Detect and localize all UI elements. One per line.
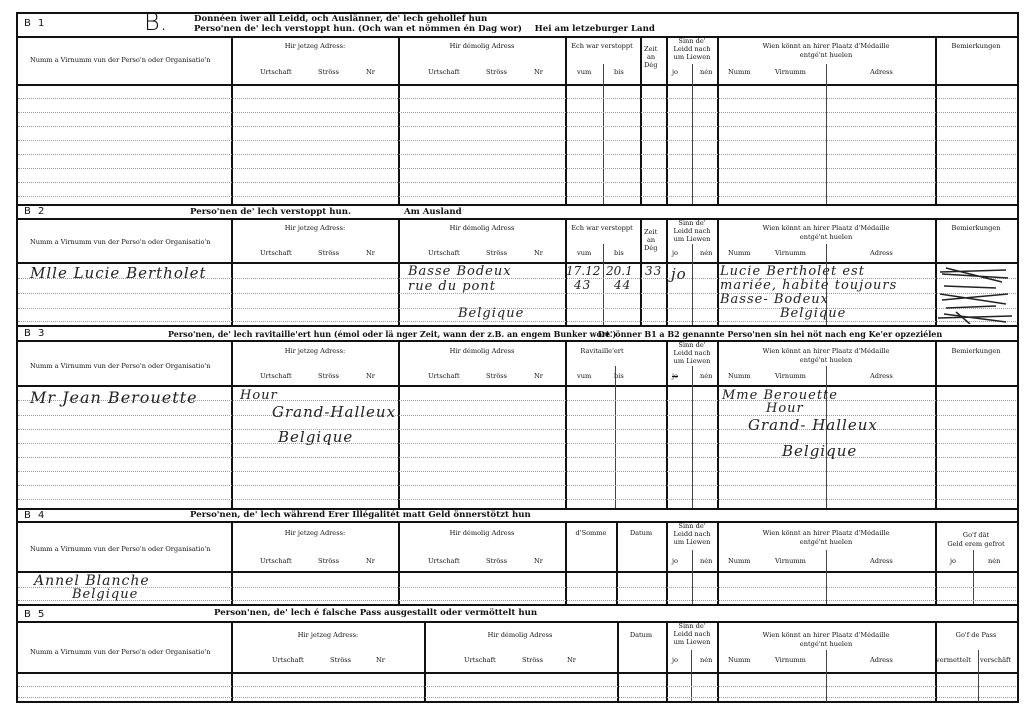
section-header-divider bbox=[16, 340, 1019, 342]
col-header-urtschaft: Urtschaft bbox=[260, 557, 292, 566]
form-bottom-border bbox=[16, 701, 1019, 703]
col-header-medal: Wien könnt an hirer Plaatz d'Médaille bbox=[763, 224, 890, 233]
col-header-current-address: Hir jetzeg Adress: bbox=[298, 631, 358, 640]
col-divider-thin bbox=[978, 650, 979, 702]
col-divider-thin bbox=[691, 650, 692, 702]
col-header-zeit: Dég bbox=[644, 244, 657, 253]
col-header-current-address: Hir jetzeg Adress: bbox=[285, 224, 345, 233]
col-divider bbox=[398, 340, 400, 508]
col-header-urtschaft: Urtschaft bbox=[428, 372, 460, 381]
col-divider bbox=[565, 521, 567, 604]
entry-hidden-to: 44 bbox=[614, 278, 631, 292]
col-header-stross: Ströss bbox=[522, 656, 543, 665]
col-header-alive: um Liewen bbox=[674, 235, 711, 244]
col-header-former-address: Hir démolig Adress bbox=[488, 631, 553, 640]
entry-medal-recipient: Belgique bbox=[782, 442, 857, 460]
col-header-ravitailleert: Ravitaille'ert bbox=[580, 347, 623, 356]
col-header-medal: entgé'nt huelen bbox=[800, 640, 852, 649]
col-header-somme: d'Somme bbox=[576, 529, 607, 538]
col-header-urtschaft: Urtschaft bbox=[428, 557, 460, 566]
entry-former-address: rue du pont bbox=[408, 279, 496, 294]
header-bottom-divider bbox=[16, 672, 1019, 674]
section-divider bbox=[16, 325, 1019, 327]
col-header-current-address: Hir jetzeg Adress: bbox=[285, 347, 345, 356]
col-header-virnumm: Virnumm bbox=[775, 656, 806, 665]
col-divider bbox=[616, 521, 618, 604]
col-header-name: Numm a Virnumm vun der Perso'n oder Orga… bbox=[30, 238, 211, 247]
col-header-urtschaft: Urtschaft bbox=[428, 249, 460, 258]
col-divider bbox=[935, 340, 937, 508]
col-divider bbox=[666, 36, 668, 204]
col-divider bbox=[231, 621, 233, 702]
col-header-nr: Nr bbox=[366, 557, 375, 566]
col-header-adress: Adress bbox=[870, 656, 893, 665]
col-header-datum: Datum bbox=[630, 631, 652, 640]
entry-hidden-from: 17.12 bbox=[566, 264, 600, 278]
section-title: Donnéen iwer all Leidd, och Auslänner, d… bbox=[194, 14, 487, 24]
col-divider bbox=[717, 36, 719, 204]
section-header-divider bbox=[16, 621, 1019, 623]
col-header-vum: vum bbox=[577, 68, 591, 77]
col-header-gof-pass: Go'f de Pass bbox=[956, 631, 997, 640]
col-header-stross: Ströss bbox=[486, 372, 507, 381]
col-header-stross: Ströss bbox=[318, 372, 339, 381]
col-header-remarks: Bemierkungen bbox=[951, 42, 1000, 51]
section-header-divider bbox=[16, 521, 1019, 523]
ruled-line bbox=[18, 293, 1016, 294]
section-divider bbox=[16, 204, 1019, 206]
ruled-line bbox=[18, 485, 1016, 486]
section-id: B 2 bbox=[24, 206, 46, 217]
col-divider bbox=[717, 521, 719, 604]
col-header-hidden: Ech war verstoppt bbox=[571, 42, 633, 51]
col-divider bbox=[231, 36, 233, 204]
col-divider bbox=[398, 521, 400, 604]
col-header-medal: Wien könnt an hirer Plaatz d'Médaille bbox=[763, 631, 890, 640]
entry-alive-yes: jo bbox=[671, 265, 687, 283]
ruled-line bbox=[18, 457, 1016, 458]
col-header-nen: nén bbox=[700, 372, 712, 381]
entry-hidden-from: 43 bbox=[574, 278, 591, 292]
col-divider bbox=[935, 521, 937, 604]
col-divider-thin bbox=[826, 650, 827, 702]
col-header-alive: um Liewen bbox=[674, 538, 711, 547]
col-header-bis: bis bbox=[614, 68, 624, 77]
col-divider bbox=[666, 621, 668, 702]
col-header-medal: entgé'nt huelen bbox=[800, 233, 852, 242]
ruled-line bbox=[18, 112, 1016, 113]
col-header-nen: nén bbox=[700, 249, 712, 258]
ruled-line bbox=[18, 321, 1016, 322]
col-header-medal: Wien könnt an hirer Plaatz d'Médaille bbox=[763, 347, 890, 356]
ruled-line bbox=[18, 98, 1016, 99]
entry-medal-recipient: Basse- Bodeux bbox=[720, 292, 829, 307]
section-title: Perso'nen, de' lech ravitaille'ert hun (… bbox=[168, 329, 616, 339]
ruled-line bbox=[18, 600, 1016, 601]
col-header-virnumm: Virnumm bbox=[775, 372, 806, 381]
col-header-former-address: Hir démolig Adress bbox=[450, 42, 515, 51]
col-header-former-address: Hir démolig Adress bbox=[450, 224, 515, 233]
col-header-nr: Nr bbox=[534, 249, 543, 258]
col-header-stross: Ströss bbox=[486, 249, 507, 258]
col-header-name: Numm a Virnumm vun der Perso'n oder Orga… bbox=[30, 56, 211, 65]
col-divider bbox=[398, 36, 400, 204]
ruled-line bbox=[18, 499, 1016, 500]
header-bottom-divider bbox=[16, 385, 1019, 387]
col-divider bbox=[935, 621, 937, 702]
col-header-bis: bis bbox=[614, 249, 624, 258]
entry-name: Mlle Lucie Bertholet bbox=[30, 264, 207, 282]
col-divider bbox=[935, 36, 937, 204]
section-header-divider bbox=[16, 36, 1019, 38]
entry-former-address: Basse Bodeux bbox=[408, 264, 512, 279]
col-divider bbox=[617, 621, 619, 702]
ruled-line bbox=[18, 196, 1016, 197]
col-header-numm: Numm bbox=[728, 656, 751, 665]
col-divider-thin bbox=[692, 244, 693, 325]
col-header-vum: vum bbox=[577, 372, 591, 381]
col-header-medal: entgé'nt huelen bbox=[800, 356, 852, 365]
entry-current-address: Hour bbox=[240, 388, 278, 403]
header-bottom-divider bbox=[16, 84, 1019, 86]
col-header-stross: Ströss bbox=[318, 557, 339, 566]
col-header-nen: nén bbox=[700, 656, 712, 665]
col-header-zeit: Dég bbox=[644, 61, 657, 70]
col-header-former-address: Hir démolig Adress bbox=[450, 529, 515, 538]
col-header-stross: Ströss bbox=[318, 68, 339, 77]
ruled-line bbox=[18, 686, 1016, 687]
ruled-line bbox=[18, 471, 1016, 472]
entry-current-address: Belgique bbox=[278, 428, 353, 446]
col-header-jo: jo bbox=[672, 372, 678, 381]
col-header-urtschaft: Urtschaft bbox=[260, 249, 292, 258]
col-header-vermettelt: vermettelt bbox=[936, 656, 971, 665]
col-divider-thin bbox=[692, 550, 693, 604]
entry-medal-recipient: Lucie Bertholet est bbox=[720, 264, 865, 279]
col-header-adress: Adress bbox=[870, 372, 893, 381]
col-divider bbox=[717, 621, 719, 702]
form-right-border bbox=[1017, 12, 1019, 702]
ruled-line bbox=[18, 182, 1016, 183]
section-title: Person'nen, de' lech é falsche Pass ausg… bbox=[214, 608, 537, 618]
col-header-nr: Nr bbox=[567, 656, 576, 665]
col-header-alive: um Liewen bbox=[674, 357, 711, 366]
col-header-urtschaft: Urtschaft bbox=[260, 68, 292, 77]
entry-name: Mr Jean Berouette bbox=[30, 388, 198, 407]
col-header-adress: Adress bbox=[870, 68, 893, 77]
col-header-alive: um Liewen bbox=[674, 638, 711, 647]
ruled-line bbox=[18, 443, 1016, 444]
col-header-gof-geld: Geld erem gefrot bbox=[947, 540, 1004, 549]
col-divider bbox=[231, 521, 233, 604]
ruled-line bbox=[18, 587, 1016, 588]
col-header-nr: Nr bbox=[366, 249, 375, 258]
col-header-jo: jo bbox=[672, 68, 678, 77]
col-header-gof-geld: Go'f dät bbox=[963, 531, 989, 540]
col-header-verschaft: verschäft bbox=[980, 656, 1011, 665]
col-header-stross: Ströss bbox=[330, 656, 351, 665]
col-header-nr: Nr bbox=[534, 372, 543, 381]
col-divider-thin bbox=[615, 366, 616, 508]
col-header-virnumm: Virnumm bbox=[775, 249, 806, 258]
col-header-nen: nén bbox=[700, 557, 712, 566]
entry-hidden-to: 20.1 bbox=[606, 264, 633, 278]
col-header-adress: Adress bbox=[870, 557, 893, 566]
col-header-adress: Adress bbox=[870, 249, 893, 258]
col-header-vum: vum bbox=[577, 249, 591, 258]
col-header-stross: Ströss bbox=[486, 557, 507, 566]
section-id: B 5 bbox=[24, 609, 46, 620]
col-header-current-address: Hir jetzeg Adress: bbox=[285, 529, 345, 538]
section-id: B 3 bbox=[24, 328, 46, 339]
col-divider bbox=[666, 521, 668, 604]
col-divider bbox=[565, 36, 567, 204]
col-header-medal: Wien könnt an hirer Plaatz d'Médaille bbox=[763, 42, 890, 51]
entry-medal-recipient: Grand- Halleux bbox=[748, 416, 878, 434]
entry-medal-recipient: Belgique bbox=[780, 306, 846, 321]
col-header-hidden: Ech war verstoppt bbox=[571, 224, 633, 233]
col-header-current-address: Hir jetzeg Adress: bbox=[285, 42, 345, 51]
col-header-nr: Nr bbox=[534, 557, 543, 566]
header-bottom-divider bbox=[16, 571, 1019, 573]
col-header-numm: Numm bbox=[728, 557, 751, 566]
col-divider bbox=[424, 621, 426, 702]
section-divider bbox=[16, 604, 1019, 606]
section-id: B 4 bbox=[24, 510, 46, 521]
col-header-medal: entgé'nt huelen bbox=[800, 51, 852, 60]
section-title: Perso'nen, de' lech während Erer Illégal… bbox=[190, 510, 531, 520]
col-header-numm: Numm bbox=[728, 68, 751, 77]
section-title-suffix: De' önner B1 a B2 genannte Perso'nen sin… bbox=[598, 329, 942, 339]
col-header-stross: Ströss bbox=[318, 249, 339, 258]
col-header-nr: Nr bbox=[366, 372, 375, 381]
col-header-jo: jo bbox=[672, 656, 678, 665]
col-header-medal: entgé'nt huelen bbox=[800, 538, 852, 547]
section-subtitle-text: Perso'nen de' lech verstoppt hun. (Och w… bbox=[194, 24, 522, 34]
section-id: B 1 bbox=[24, 18, 46, 29]
col-header-urtschaft: Urtschaft bbox=[464, 656, 496, 665]
col-header-name: Numm a Virnumm vun der Perso'n oder Orga… bbox=[30, 648, 211, 657]
col-header-name: Numm a Virnumm vun der Perso'n oder Orga… bbox=[30, 362, 211, 371]
section-subtitle: Perso'nen de' lech verstoppt hun. (Och w… bbox=[194, 24, 655, 34]
col-header-stross: Ströss bbox=[486, 68, 507, 77]
col-header-jo: jo bbox=[950, 557, 956, 566]
col-header-remarks: Bemierkungen bbox=[951, 224, 1000, 233]
ruled-line bbox=[18, 140, 1016, 141]
section-header-divider bbox=[16, 218, 1019, 220]
col-header-nr: Nr bbox=[376, 656, 385, 665]
entry-current-address: Grand-Halleux bbox=[272, 403, 396, 421]
entry-name: Belgique bbox=[72, 587, 138, 602]
ruled-line bbox=[18, 154, 1016, 155]
col-header-numm: Numm bbox=[728, 249, 751, 258]
form-letter: B. bbox=[144, 8, 167, 36]
col-divider-thin bbox=[973, 550, 974, 604]
col-header-former-address: Hir démolig Adress bbox=[450, 347, 515, 356]
col-divider-thin bbox=[826, 64, 827, 204]
entry-medal-recipient: mariée, habite toujours bbox=[720, 278, 897, 293]
col-header-urtschaft: Urtschaft bbox=[428, 68, 460, 77]
col-header-remarks: Bemierkungen bbox=[951, 347, 1000, 356]
col-header-nr: Nr bbox=[534, 68, 543, 77]
entry-former-address: Belgique bbox=[458, 306, 524, 321]
col-header-nen: nén bbox=[700, 68, 712, 77]
col-header-urtschaft: Urtschaft bbox=[260, 372, 292, 381]
section-title-suffix: Am Ausland bbox=[404, 207, 462, 217]
crossed-out-remark bbox=[936, 264, 1016, 324]
col-header-medal: Wien könnt an hirer Plaatz d'Médaille bbox=[763, 529, 890, 538]
col-divider bbox=[231, 340, 233, 508]
col-divider bbox=[666, 340, 668, 508]
form-left-border bbox=[16, 12, 18, 702]
col-header-jo: jo bbox=[672, 557, 678, 566]
col-divider-thin bbox=[692, 64, 693, 204]
col-header-alive: um Liewen bbox=[674, 53, 711, 62]
section-title-suffix: Hei am letzeburger Land bbox=[535, 24, 655, 34]
col-header-nr: Nr bbox=[366, 68, 375, 77]
col-header-jo: jo bbox=[672, 249, 678, 258]
col-divider-thin bbox=[692, 366, 693, 508]
entry-days: 33 bbox=[645, 264, 662, 278]
col-header-virnumm: Virnumm bbox=[775, 557, 806, 566]
col-divider-thin bbox=[826, 550, 827, 604]
ruled-line bbox=[18, 126, 1016, 127]
col-header-numm: Numm bbox=[728, 372, 751, 381]
section-title: Perso'nen de' lech verstoppt hun. bbox=[190, 207, 351, 217]
col-divider-thin bbox=[603, 64, 604, 204]
col-header-nen: nén bbox=[988, 557, 1000, 566]
col-header-virnumm: Virnumm bbox=[775, 68, 806, 77]
col-divider-thin bbox=[603, 244, 604, 325]
col-header-urtschaft: Urtschaft bbox=[272, 656, 304, 665]
col-header-name: Numm a Virnumm vun der Perso'n oder Orga… bbox=[30, 545, 211, 554]
col-divider bbox=[640, 36, 642, 204]
entry-medal-recipient: Hour bbox=[766, 401, 804, 416]
ruled-line bbox=[18, 697, 1016, 698]
col-header-datum: Datum bbox=[630, 529, 652, 538]
col-divider bbox=[717, 340, 719, 508]
col-divider bbox=[565, 340, 567, 508]
ruled-line bbox=[18, 168, 1016, 169]
